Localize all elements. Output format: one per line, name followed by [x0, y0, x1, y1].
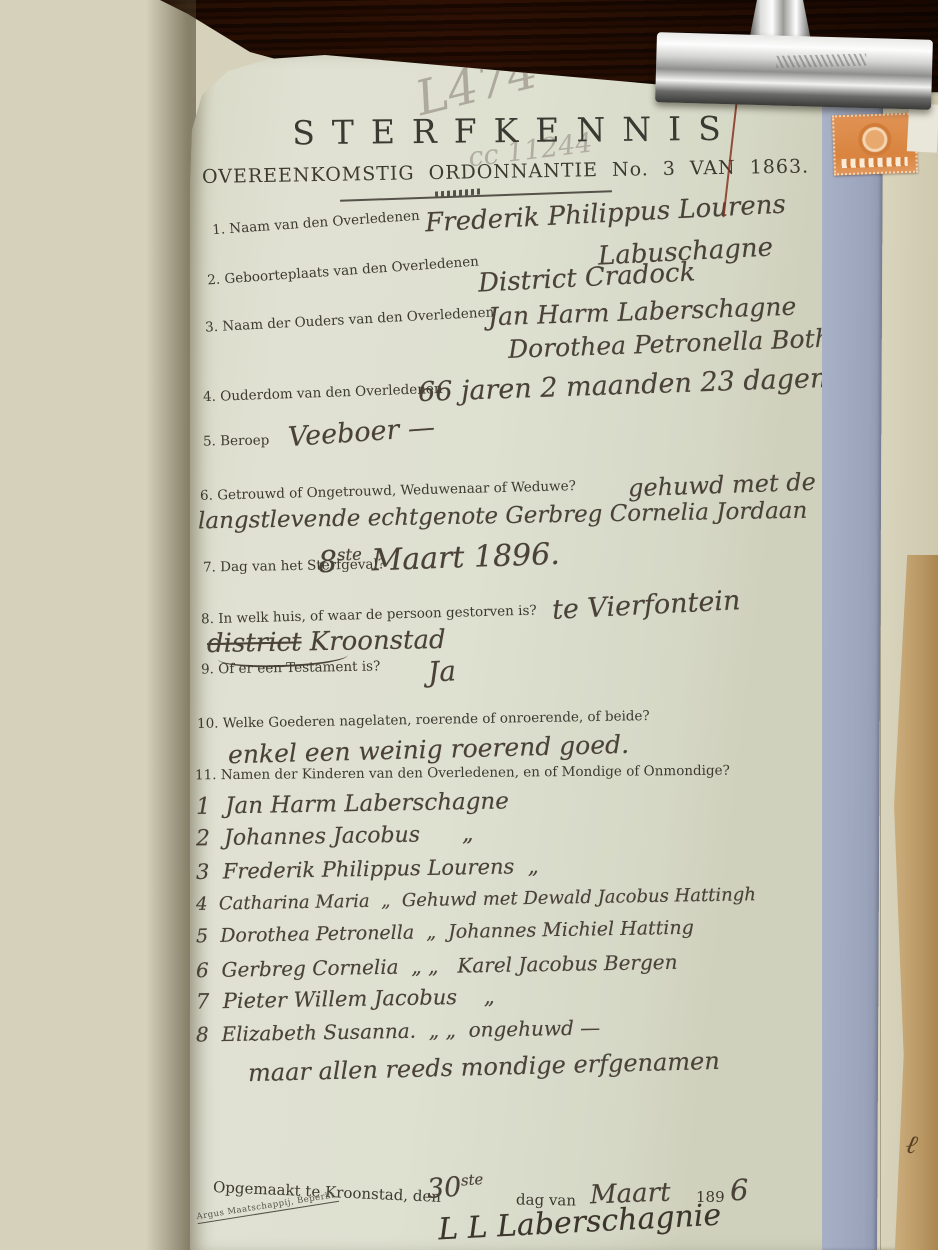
child-name: Gerbreg Cornelia [221, 955, 398, 982]
revenue-stamp [832, 113, 918, 176]
field-value-handwritten: Dorothea Petronella Botha [508, 323, 846, 364]
children-list: 1 Jan Harm Laberschagne 2 Johannes Jacob… [196, 791, 812, 1091]
field-label-text: Beroep [220, 432, 269, 449]
footer-day-suffix: ste [460, 1170, 484, 1190]
field-label: 6. Getrouwd of Ongetrouwd, Weduwenaar of… [200, 478, 576, 504]
photo-canvas: ℓ ten z Heeden en J Den kende er vrouw d… [0, 0, 938, 1250]
child-row: 3 Frederik Philippus Lourens „ [196, 854, 539, 884]
child-number: 4 [196, 894, 208, 915]
field-number: 7. [203, 559, 216, 575]
child-name: Catharina Maria [219, 891, 370, 915]
child-name: Elizabeth Susanna. [221, 1019, 416, 1046]
field-label: 10. Welke Goederen nagelaten, roerende o… [197, 708, 650, 732]
field-label-text: Namen der Kinderen van den Overledenen, … [221, 763, 730, 783]
child-number: 2 [196, 826, 210, 851]
field-label-text: Naam der Ouders van den Overledenen [222, 304, 495, 334]
spouse-note: Gehuwd met Dewald Jacobus Hattingh [402, 884, 756, 911]
child-name: Johannes Jacobus [224, 823, 420, 851]
form-title: STERFKENNIS [290, 109, 740, 153]
child-number: 8 [196, 1022, 209, 1046]
field-label-text: Getrouwd of Ongetrouwd, Weduwenaar of We… [217, 478, 576, 503]
field-value-handwritten: langstlevende echtgenote Gerbreg Corneli… [198, 498, 808, 535]
ditto-mark: „ [484, 984, 495, 1008]
form-subtitle: OVEREENKOMSTIG ORDONNANTIE No. 3 VAN 186… [202, 156, 782, 188]
signature: L L Laberschagnie [437, 1198, 722, 1248]
child-number: 5 [196, 925, 208, 947]
field-label: 2. Geboorteplaats van den Overledenen [207, 254, 480, 289]
death-notice-document: L474 cc 11244 STERFKENNIS OVEREENKOMSTIG… [190, 55, 822, 1250]
ditto-mark: „ [381, 890, 391, 911]
field-number: 6. [200, 488, 213, 504]
field-label-text: In welk huis, of waar de persoon gestorv… [218, 603, 537, 627]
spouse-note: Johannes Michiel Hatting [448, 917, 694, 943]
child-row: 1 Jan Harm Laberschagne [196, 788, 524, 820]
footer-day-handwritten: 30ste [426, 1170, 485, 1205]
ditto-mark: „ [462, 822, 474, 847]
field-number: 1. [212, 221, 226, 238]
field-value-handwritten: 8ste Maart 1896. [317, 537, 560, 580]
child-name: Frederik Philippus Lourens [223, 854, 515, 883]
white-paper-corner [907, 103, 938, 153]
field-value-handwritten: District Cradock [477, 257, 696, 298]
child-name: Dorothea Petronella [220, 922, 414, 947]
field-label: 8. In welk huis, of waar de persoon gest… [201, 603, 537, 628]
ditto-mark: „ „ [411, 954, 439, 978]
field-number: 2. [207, 272, 221, 289]
ditto-mark: „ [426, 921, 436, 943]
footer-year-handwritten: 6 [729, 1173, 749, 1208]
death-month-year: Maart 1896. [371, 537, 560, 579]
field-value-handwritten: Veeboer — [287, 412, 436, 453]
field-number: 10. [197, 716, 219, 732]
child-name: Pieter Willem Jacobus [223, 985, 458, 1013]
day-suffix: ste [337, 545, 363, 565]
child-row: 8 Elizabeth Susanna. „ „ ongehuwd — [196, 1015, 601, 1046]
field-number: 5. [203, 433, 216, 449]
child-number: 3 [196, 860, 210, 884]
child-row: 4 Catharina Maria „ Gehuwd met Dewald Ja… [196, 884, 756, 915]
field-value-handwritten: Ja [427, 654, 457, 688]
field-label-text: Welke Goederen nagelaten, roerende of on… [223, 708, 650, 731]
footer-day-number: 30 [426, 1172, 462, 1205]
field-number: 8. [201, 611, 214, 627]
child-row: 7 Pieter Willem Jacobus „ [196, 984, 495, 1013]
marital-note: ongehuwd — [468, 1015, 600, 1041]
bulldog-clip-bar [655, 32, 933, 110]
book-gutter-shadow [146, 0, 196, 1250]
field-number: 4. [203, 389, 216, 405]
field-value-handwritten: te Vierfontein [551, 585, 741, 626]
field-label-text: Ouderdom van den Overledenen [220, 381, 443, 405]
field-label: 11. Namen der Kinderen van den Overleden… [195, 763, 730, 784]
death-day: 8 [317, 545, 337, 581]
child-number: 6 [196, 958, 209, 982]
field-label-text: Geboorteplaats van den Overledenen [224, 254, 479, 288]
child-number: 1 [196, 794, 211, 820]
child-row: 2 Johannes Jacobus „ [196, 822, 474, 852]
field-label: 3. Naam der Ouders van den Overledenen [205, 304, 495, 335]
spouse-note: Karel Jacobus Bergen [457, 950, 678, 978]
field-number: 3. [205, 319, 219, 336]
field-label-text: Of er een Testament is? [218, 658, 380, 677]
ditto-mark: „ [527, 854, 538, 878]
field-label-text: Naam van den Overledenen [229, 208, 420, 237]
child-name: Jan Harm Laberschagne [225, 788, 509, 819]
field-number: 11. [195, 767, 217, 783]
field-label: 5. Beroep [203, 432, 270, 449]
field-value-handwritten: 66 jaren 2 maanden 23 dagen [418, 363, 828, 408]
ditto-mark: „ „ [429, 1018, 457, 1042]
clip-scratch-marks [776, 54, 866, 68]
field-label: 9. Of er een Testament is? [201, 658, 381, 677]
field-label: 4. Ouderdom van den Overledenen [203, 381, 443, 405]
child-number: 7 [196, 989, 210, 1013]
stamp-pattern [842, 157, 908, 168]
field-label: 1. Naam van den Overledenen [212, 208, 421, 238]
child-row: 5 Dorothea Petronella „ Johannes Michiel… [196, 917, 694, 948]
child-row: 6 Gerbreg Cornelia „ „ Karel Jacobus Ber… [196, 950, 678, 982]
field-number: 9. [201, 661, 214, 677]
